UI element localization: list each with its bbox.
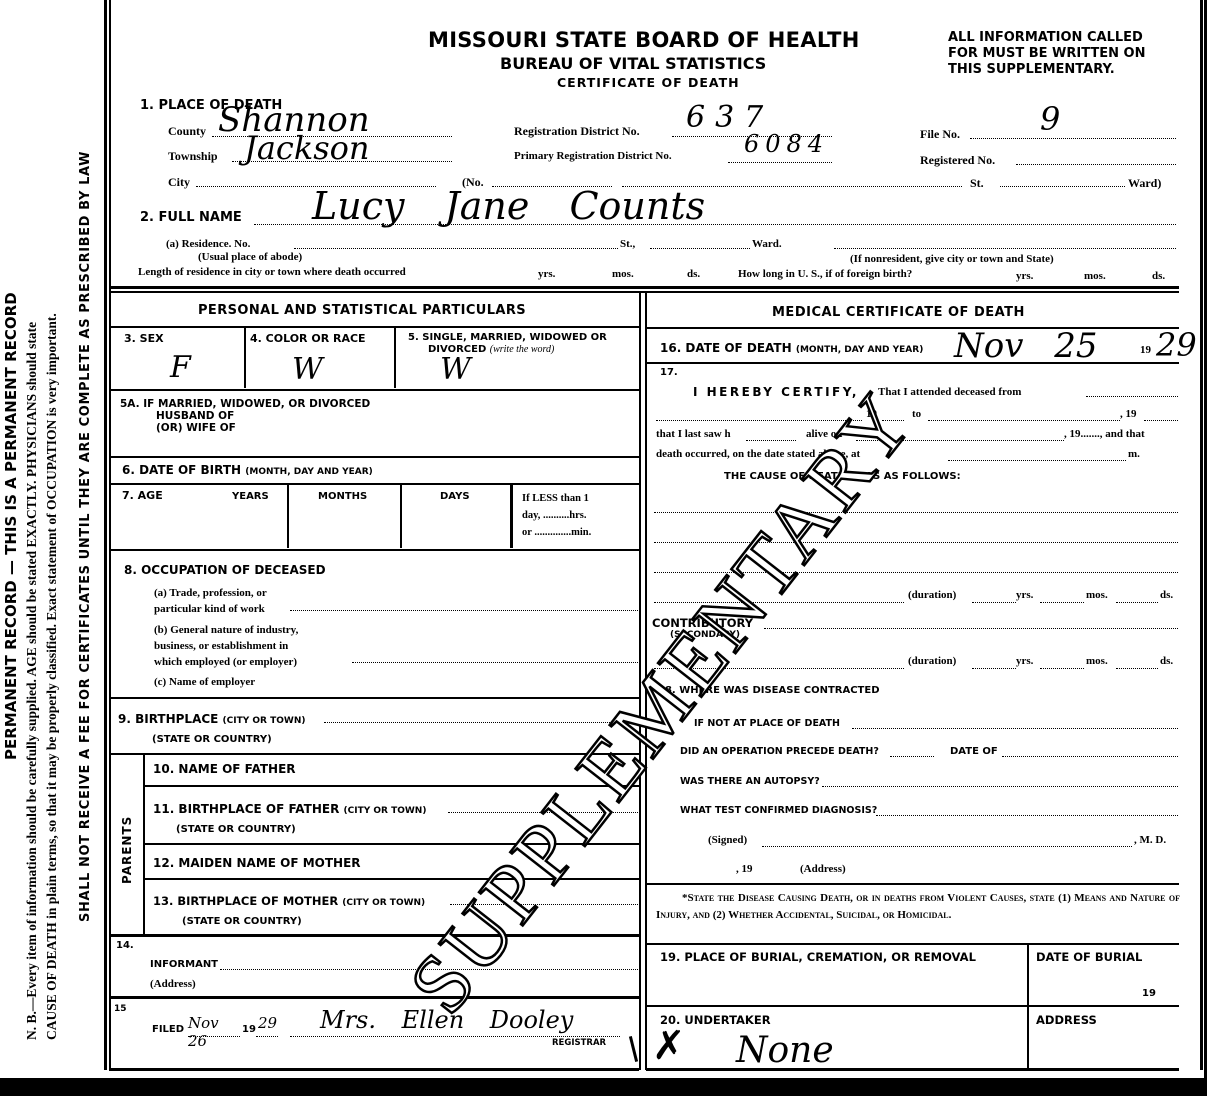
contrib-duration-mos-field[interactable] — [1040, 658, 1084, 669]
margin-note-line1: N. B.—Every item of information should b… — [24, 322, 40, 1040]
occurred-time-field[interactable] — [948, 450, 1126, 461]
less-label-3: or ..............min. — [522, 524, 591, 541]
registrar-mark — [629, 1036, 638, 1062]
cause-duration-mos-field[interactable] — [1040, 592, 1084, 603]
autopsy-field[interactable] — [822, 776, 1178, 787]
section-divider-2 — [109, 291, 1179, 293]
dod-label: 16. DATE OF DEATH (MONTH, DAY AND YEAR) — [660, 341, 923, 355]
foreign-ds: ds. — [1152, 270, 1165, 282]
scan-edge-right — [1204, 0, 1213, 1096]
filed-year-prefix: 19 — [242, 1024, 256, 1035]
form-bottom-right — [646, 1068, 1179, 1071]
sex-divider — [244, 328, 246, 388]
contrib-yrs: yrs. — [1016, 655, 1033, 667]
cause-footnote: *State the Disease Causing Death, or in … — [656, 890, 1180, 924]
row-rule-7 — [110, 549, 639, 551]
occupation-c-label: (c) Name of employer — [154, 676, 255, 688]
dod-sub: (MONTH, DAY AND YEAR) — [796, 345, 923, 355]
cause-mos: mos. — [1086, 589, 1108, 601]
county-label: County — [168, 124, 206, 139]
occupation-a-label: (a) Trade, profession, or particular kin… — [154, 585, 267, 617]
ward-label: Ward) — [1128, 176, 1161, 191]
birthplace-state-label: (STATE OR COUNTRY) — [152, 734, 272, 745]
signed-year-label: , 19 — [736, 863, 753, 875]
row-rule-18 — [646, 883, 1179, 885]
registered-no-label: Registered No. — [920, 153, 995, 168]
form-right-border — [1200, 0, 1203, 1070]
undertaker-address-label: ADDRESS — [1036, 1013, 1097, 1027]
less-label-1: If LESS than 1 — [522, 490, 591, 507]
race-divider — [394, 328, 396, 388]
occ-b-2: business, or establishment in — [154, 638, 298, 654]
residence-label: (a) Residence. No. — [166, 238, 250, 250]
notice-line-1: ALL INFORMATION CALLED — [948, 30, 1145, 46]
ward-field[interactable] — [1000, 172, 1125, 187]
dod-year-prefix: 19 — [1140, 344, 1151, 356]
age-divider-2 — [400, 484, 402, 548]
marital-label-3: (write the word) — [490, 344, 555, 355]
sex-label: 3. SEX — [124, 332, 164, 345]
spouse-field[interactable] — [280, 398, 630, 450]
age-months-field[interactable] — [292, 505, 398, 545]
cause-duration-ds-field[interactable] — [1116, 592, 1158, 603]
margin-fee-notice: SHALL NOT RECEIVE A FEE FOR CERTIFICATES… — [78, 151, 93, 922]
notice-line-3: THIS SUPPLEMENTARY. — [948, 62, 1145, 78]
months-label: MONTHS — [318, 491, 367, 502]
registration-district-label: Registration District No. — [514, 124, 640, 139]
last-saw-pronoun-field[interactable] — [746, 430, 796, 441]
father-state-label: (STATE OR COUNTRY) — [176, 824, 296, 835]
mother-birthplace-text: 13. BIRTHPLACE OF MOTHER — [153, 894, 338, 908]
residence-mos: mos. — [612, 268, 634, 280]
employer-field[interactable] — [310, 672, 630, 690]
occupation-b-label: (b) General nature of industry, business… — [154, 622, 298, 670]
father-birthplace-label: 11. BIRTHPLACE OF FATHER (CITY OR TOWN) — [153, 802, 426, 816]
occ-a-2: particular kind of work — [154, 601, 267, 617]
undertaker-value[interactable]: None — [736, 1030, 834, 1071]
medical-heading-rule — [646, 327, 1179, 329]
row-rule-8 — [110, 697, 639, 699]
form-title: MISSOURI STATE BOARD OF HEALTH — [428, 28, 860, 52]
occurred-m: m. — [1128, 448, 1140, 460]
left-margin: PERMANENT RECORD — THIS IS A PERMANENT R… — [0, 0, 108, 1096]
test-label: WHAT TEST CONFIRMED DIAGNOSIS? — [680, 805, 877, 816]
contrib-duration-ds-field[interactable] — [1116, 658, 1158, 669]
township-value: Jackson — [244, 129, 370, 167]
operation-label: DID AN OPERATION PRECEDE DEATH? — [680, 746, 879, 757]
contributory-field[interactable] — [764, 618, 1178, 629]
cause-ds: ds. — [1160, 589, 1173, 601]
operation-date-label: DATE OF — [950, 746, 998, 757]
undertaker-address-field[interactable] — [1034, 1030, 1174, 1064]
row-rule-6 — [110, 483, 639, 485]
dob-field[interactable] — [400, 462, 630, 480]
marital-label-1: 5. SINGLE, MARRIED, WIDOWED OR — [408, 332, 607, 344]
row-rule-footnote — [646, 943, 1179, 945]
sex-value[interactable]: F — [170, 350, 191, 385]
filed-year-value: 29 — [258, 1014, 277, 1032]
contrib-mos: mos. — [1086, 655, 1108, 667]
attended-from-field[interactable] — [1086, 386, 1178, 397]
marital-label-2-row: DIVORCED (write the word) — [408, 344, 607, 356]
burial-place-label: 19. PLACE OF BURIAL, CREMATION, OR REMOV… — [660, 950, 976, 964]
certify-label: I HEREBY CERTIFY, — [693, 385, 859, 399]
personal-heading-rule — [110, 326, 639, 328]
filed-year-field[interactable]: 29 — [256, 1022, 278, 1037]
occupation-label: 8. OCCUPATION OF DECEASED — [124, 563, 326, 577]
dob-label: 6. DATE OF BIRTH (MONTH, DAY AND YEAR) — [122, 463, 373, 477]
dob-label-text: 6. DATE OF BIRTH — [122, 463, 241, 477]
birthplace-label-text: 9. BIRTHPLACE — [118, 712, 218, 726]
burial-date-label: DATE OF BURIAL — [1036, 950, 1142, 964]
certify-number: 17. — [660, 367, 678, 378]
marital-label: 5. SINGLE, MARRIED, WIDOWED OR DIVORCED … — [408, 332, 607, 356]
informant-number: 14. — [116, 940, 134, 951]
dob-sub: (MONTH, DAY AND YEAR) — [245, 467, 372, 477]
attended-to-19: , 19 — [1120, 408, 1137, 420]
mother-city-sub: (CITY OR TOWN) — [342, 898, 425, 908]
dod-label-text: 16. DATE OF DEATH — [660, 341, 792, 355]
registrar-label: REGISTRAR — [552, 1038, 606, 1048]
operation-field[interactable] — [890, 746, 934, 757]
less-than-day-label: If LESS than 1 day, ..........hrs. or ..… — [522, 490, 591, 541]
contrib-ds: ds. — [1160, 655, 1173, 667]
autopsy-label: WAS THERE AN AUTOPSY? — [680, 776, 820, 787]
test-field[interactable] — [876, 805, 1178, 816]
file-no-value: 9 — [1040, 100, 1060, 138]
informant-address-label: (Address) — [150, 978, 196, 990]
last-saw-label: that I last saw h — [656, 428, 731, 440]
file-no-label: File No. — [920, 127, 960, 142]
residence-ward-label: Ward. — [752, 238, 782, 250]
age-days-field[interactable] — [405, 505, 507, 545]
margin-permanent-record: PERMANENT RECORD — THIS IS A PERMANENT R… — [2, 292, 20, 760]
dod-year-value[interactable]: 29 — [1156, 326, 1197, 364]
md-label: , M. D. — [1134, 834, 1166, 846]
physician-signature-field[interactable] — [762, 836, 1132, 847]
mother-maiden-label: 12. MAIDEN NAME OF MOTHER — [153, 856, 361, 870]
primary-registration-label: Primary Registration District No. — [514, 150, 672, 162]
occupation-industry-field[interactable] — [352, 652, 638, 663]
residence-ds: ds. — [687, 268, 700, 280]
full-name-field[interactable]: Lucy Jane Counts — [254, 210, 1176, 225]
undertaker-x-mark: ✗ — [652, 1026, 686, 1066]
section-divider — [109, 286, 1179, 289]
street-label: St. — [970, 176, 984, 191]
residence-st-label: St., — [620, 238, 635, 250]
occupation-trade-field[interactable] — [290, 600, 638, 611]
race-label: 4. COLOR OR RACE — [250, 332, 366, 345]
foreign-mos: mos. — [1084, 270, 1106, 282]
occ-b-1: (b) General nature of industry, — [154, 622, 298, 638]
notice-line-2: FOR MUST BE WRITTEN ON — [948, 46, 1145, 62]
residence-no-field[interactable] — [294, 234, 618, 249]
not-at-place-field[interactable] — [852, 718, 1178, 729]
birthplace-sub: (CITY OR TOWN) — [223, 716, 306, 726]
operation-date-field[interactable] — [1002, 746, 1178, 757]
row-rule-13 — [110, 934, 639, 937]
form-bottom-left — [109, 1068, 639, 1071]
physician-address-label: (Address) — [800, 863, 846, 875]
father-birthplace-text: 11. BIRTHPLACE OF FATHER — [153, 802, 339, 816]
cause-yrs: yrs. — [1016, 589, 1033, 601]
contrib-duration-yrs-field[interactable] — [972, 658, 1016, 669]
form-subtitle: BUREAU OF VITAL STATISTICS — [500, 54, 766, 73]
primary-registration-field[interactable]: 6084 — [728, 146, 832, 163]
scan-edge-bottom — [0, 1078, 1213, 1096]
township-label: Township — [168, 149, 218, 164]
medical-heading: MEDICAL CERTIFICATE OF DEATH — [772, 305, 1025, 320]
mother-state-label: (STATE OR COUNTRY) — [182, 916, 302, 927]
residence-ward-field[interactable] — [650, 234, 750, 249]
filed-label: FILED — [152, 1024, 184, 1035]
foreign-birth-label: How long in U. S., if of foreign birth? — [738, 268, 912, 280]
contrib-duration-label: (duration) — [908, 655, 956, 667]
usual-place-note: (Usual place of abode) — [198, 251, 302, 263]
race-value[interactable]: W — [292, 352, 323, 387]
nonresident-note: (If nonresident, give city or town and S… — [850, 253, 1054, 265]
cause-duration-yrs-field[interactable] — [972, 592, 1016, 603]
occ-b-3: which employed (or employer) — [154, 654, 298, 670]
less-label-2: day, ..........hrs. — [522, 507, 591, 524]
form-left-border — [104, 0, 107, 1070]
row-rule-14 — [110, 996, 639, 999]
cause-duration-label: (duration) — [908, 589, 956, 601]
age-divider-3 — [510, 484, 513, 548]
and-that-label: , 19......., and that — [1064, 428, 1145, 440]
informant-label: INFORMANT — [150, 959, 218, 970]
nonresident-field[interactable] — [834, 238, 1176, 249]
form-certificate-type: CERTIFICATE OF DEATH — [557, 75, 740, 90]
father-city-sub: (CITY OR TOWN) — [344, 806, 427, 816]
full-name-value: Lucy Jane Counts — [312, 184, 705, 228]
burial-place-field[interactable] — [656, 968, 1020, 1002]
age-divider-1 — [287, 484, 289, 548]
years-label: YEARS — [232, 491, 269, 502]
parents-label: PARENTS — [120, 816, 134, 884]
birthplace-label: 9. BIRTHPLACE (CITY OR TOWN) — [118, 712, 305, 726]
foreign-yrs: yrs. — [1016, 270, 1033, 282]
occ-a-1: (a) Trade, profession, or — [154, 585, 267, 601]
personal-heading: PERSONAL AND STATISTICAL PARTICULARS — [198, 303, 526, 318]
registrar-signature-field[interactable]: Mrs. Ellen Dooley — [290, 1022, 620, 1037]
age-label: 7. AGE — [122, 489, 163, 502]
burial-date-field[interactable] — [1034, 968, 1134, 1002]
form-notice: ALL INFORMATION CALLED FOR MUST BE WRITT… — [948, 30, 1145, 78]
registered-no-field[interactable] — [1016, 150, 1176, 165]
row-rule-16 — [646, 362, 1179, 364]
township-field[interactable]: Jackson — [232, 143, 452, 162]
cause-line-1[interactable] — [654, 502, 1178, 513]
days-label: DAYS — [440, 491, 470, 502]
row-rule-19 — [646, 1005, 1179, 1007]
certify-text: That I attended deceased from — [878, 386, 1021, 398]
physician-address-field[interactable] — [860, 860, 1170, 876]
primary-registration-value: 6084 — [744, 130, 829, 158]
full-name-label: 2. FULL NAME — [140, 210, 242, 225]
burial-year-prefix: 19 — [1142, 988, 1156, 999]
city-label: City — [168, 175, 190, 190]
marital-value[interactable]: W — [440, 352, 471, 387]
margin-note-line2: CAUSE OF DEATH in plain terms, so that i… — [44, 313, 60, 1040]
residence-yrs: yrs. — [538, 268, 555, 280]
filed-date-value: Nov 26 — [188, 1014, 240, 1050]
dod-value[interactable]: Nov 25 — [954, 326, 1098, 366]
filed-date-field[interactable]: Nov 26 — [188, 1022, 240, 1037]
row-rule-5a — [110, 456, 639, 458]
attended-to-year-field[interactable] — [1144, 410, 1178, 421]
mother-birthplace-label: 13. BIRTHPLACE OF MOTHER (CITY OR TOWN) — [153, 894, 425, 908]
attended-to-field[interactable] — [928, 410, 1120, 421]
age-years-field[interactable] — [120, 505, 285, 545]
file-no-field[interactable]: 9 — [970, 124, 1176, 139]
father-name-label: 10. NAME OF FATHER — [153, 762, 296, 776]
not-at-place-label: IF NOT AT PLACE OF DEATH — [694, 718, 840, 729]
signed-label: (Signed) — [708, 834, 747, 846]
row-rule-3 — [110, 389, 639, 391]
form-left-border-inner — [109, 0, 111, 1070]
margin-number: 15 — [114, 1004, 127, 1014]
length-of-residence-label: Length of residence in city or town wher… — [138, 266, 406, 278]
